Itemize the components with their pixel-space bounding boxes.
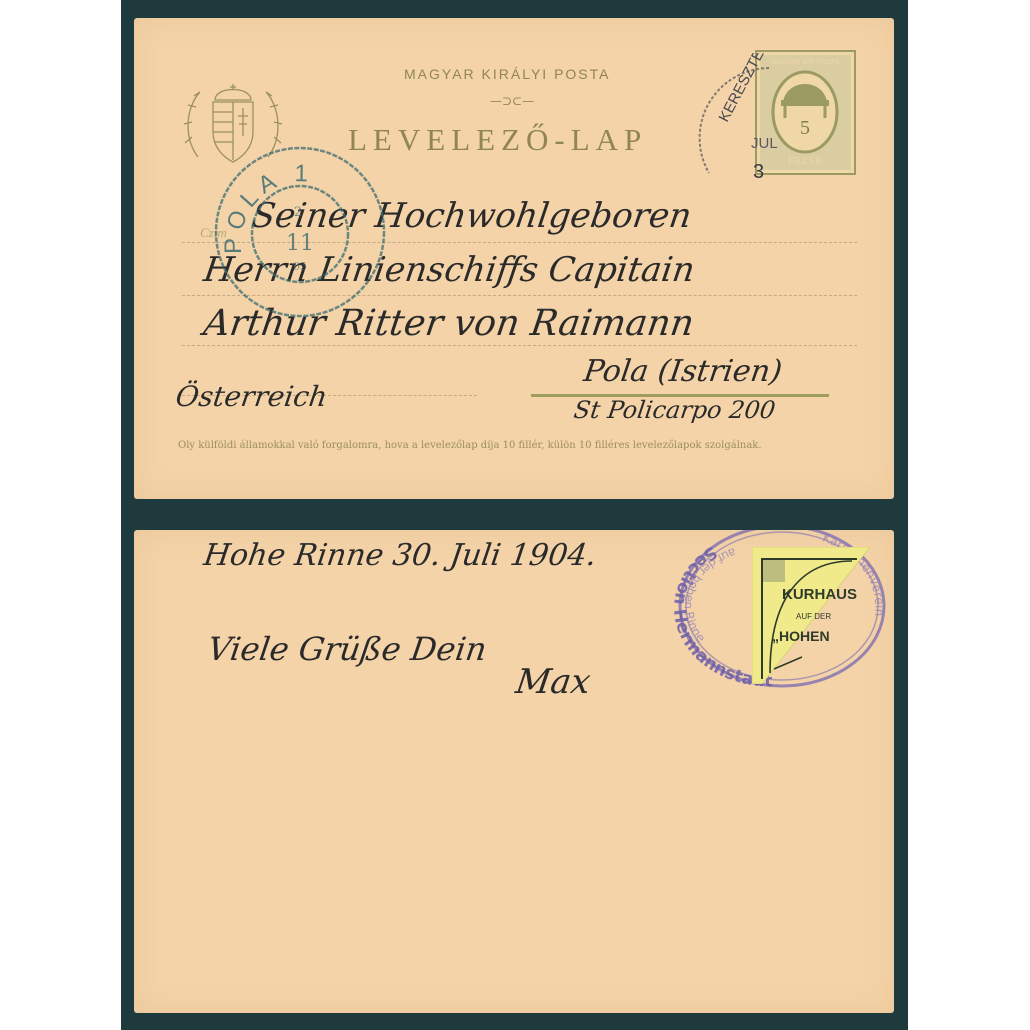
- svg-text:5: 5: [800, 117, 810, 139]
- svg-text:11: 11: [286, 231, 314, 256]
- decorative-ornament: —⊃⊂—: [490, 94, 534, 108]
- svg-text:05: 05: [293, 260, 307, 273]
- svg-text:„HOHEN: „HOHEN: [772, 628, 830, 644]
- address-line-3: [182, 345, 857, 346]
- svg-text:KURHAUS: KURHAUS: [782, 586, 857, 603]
- svg-text:3: 3: [753, 161, 764, 183]
- postcard-back: Hohe Rinne 30. Juli 1904. Viele Grüße De…: [134, 530, 894, 1013]
- header-magyar-kiralyi-posta: MAGYAR KIRÁLYI POSTA: [404, 66, 610, 82]
- svg-text:JUL: JUL: [751, 135, 778, 152]
- handwritten-greeting: Viele Grüße Dein: [205, 630, 489, 668]
- handwritten-date-line: Hohe Rinne 30. Juli 1904.: [202, 538, 599, 573]
- footnote-foreign-postage: Oly külföldi államokkal való forgalomra,…: [178, 440, 762, 451]
- postmark-keresztenyfalva: KERESZTÉNY JUL 3: [679, 53, 799, 193]
- svg-text:AUF DER: AUF DER: [796, 612, 831, 621]
- card-title: LEVELEZŐ-LAP: [348, 122, 647, 158]
- handwritten-city: Pola (Istrien): [582, 354, 785, 389]
- postcard-front: MAGYAR KIRÁLYI POSTA —⊃⊂— LEVELEZŐ-LAP C…: [134, 18, 894, 499]
- handwritten-signature: Max: [513, 662, 593, 702]
- kurhaus-bisected-label-stamp: KURHAUS AUF DER „HOHEN: [752, 547, 870, 684]
- handwritten-street: St Policarpo 200: [572, 396, 777, 424]
- svg-text:KERESZTÉNY: KERESZTÉNY: [716, 53, 778, 125]
- handwritten-country: Österreich: [174, 380, 330, 413]
- postmark-pola: POLA 1 2 11 05: [212, 144, 388, 320]
- svg-text:2: 2: [294, 205, 302, 220]
